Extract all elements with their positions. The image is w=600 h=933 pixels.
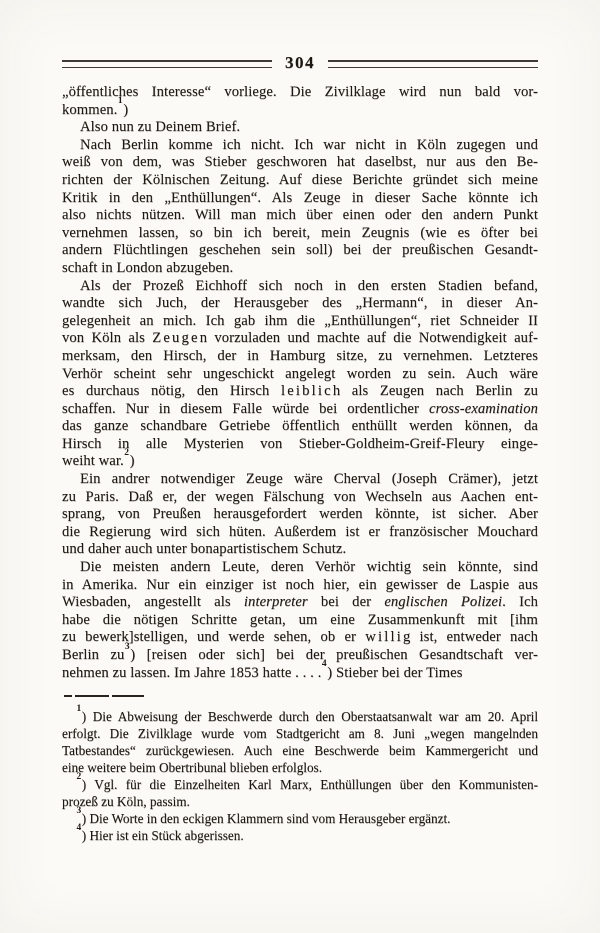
paragraph: Also nun zu Deinem Brief. <box>62 119 538 137</box>
text-line: Hirsch in alle Mysterien von Stieber-Gol… <box>62 436 538 454</box>
italic-word: englischen Polizei <box>384 594 502 610</box>
text-line: weiß von dem, was Stieber geschworen hat… <box>62 154 538 172</box>
text-segment: weiht war. <box>62 453 124 469</box>
text-line: schaft in London abzugeben. <box>62 260 538 278</box>
paragraph: Die meisten andern Leute, deren Verhör w… <box>62 559 538 682</box>
text-line: Also nun zu Deinem Brief. <box>62 119 538 137</box>
text-line: Die meisten andern Leute, deren Verhör w… <box>62 559 538 577</box>
text-segment: ) Die Abweisung der Beschwerde durch den… <box>82 709 538 724</box>
text-line: in Amerika. Nur ein einziger ist noch hi… <box>62 577 538 595</box>
text-segment: ) Die Worte in den eckigen Klammern sind… <box>82 811 451 826</box>
text-line: die Regierung wird sich hüten. Außerdem … <box>62 524 538 542</box>
text-line: zu bewerk]stelligen, und werde sehen, ob… <box>62 629 538 647</box>
letter-text: „öffentliches Interesse“ vorliege. Die Z… <box>62 84 538 682</box>
footnote: 3) Die Worte in den eckigen Klammern sin… <box>62 810 538 827</box>
footnote-ref-1: 1 <box>117 96 123 106</box>
footnote-line: 3) Die Worte in den eckigen Klammern sin… <box>62 810 538 827</box>
text-segment: es durchaus nötig, den Hirsch <box>62 383 281 399</box>
text-line: sprang, von Preußen herausgefordert werd… <box>62 506 538 524</box>
text-segment: von Köln als <box>62 330 152 346</box>
text-line: Wiesbaden, angestellt als interpreter be… <box>62 594 538 612</box>
text-segment: vorzuladen und machte auf die Notwendigk… <box>207 330 538 346</box>
footnote-line: eine weitere beim Obertribunal blieben e… <box>62 759 538 776</box>
text-segment: zu bewerk]stelligen, und werde sehen, ob… <box>62 629 365 645</box>
text-line: Ein andrer notwendiger Zeuge wäre Cherva… <box>62 471 538 489</box>
paragraph: „öffentliches Interesse“ vorliege. Die Z… <box>62 84 538 119</box>
footnote-marker-2: 2 <box>76 772 82 782</box>
footnote-marker-4: 4 <box>76 823 82 833</box>
text-line: kommen.1) <box>62 102 538 120</box>
paragraph: Nach Berlin komme ich nicht. Ich war nic… <box>62 137 538 278</box>
text-line: weiht war.2) <box>62 453 538 471</box>
header-rule-right <box>328 60 538 68</box>
text-segment: ist, entweder nach <box>410 629 538 645</box>
footnote: 2) Vgl. für die Einzelheiten Karl Marx, … <box>62 776 538 810</box>
footnote: 1) Die Abweisung der Beschwerde durch de… <box>62 708 538 776</box>
text-segment: kommen. <box>62 102 117 118</box>
footnote-line: Tatbestandes“ zurückgewiesen. Auch eine … <box>62 742 538 759</box>
footnotes: 1) Die Abweisung der Beschwerde durch de… <box>62 708 538 844</box>
text-segment: . Ich <box>502 594 538 610</box>
text-line: es durchaus nötig, den Hirsch leiblich a… <box>62 383 538 401</box>
footnote-separator <box>64 695 144 697</box>
italic-word: cross-examination <box>429 401 538 417</box>
footnote-ref-4: 4 <box>321 659 327 669</box>
text-segment: ) Stieber bei der Times <box>327 665 462 681</box>
text-line: Nach Berlin komme ich nicht. Ich war nic… <box>62 137 538 155</box>
text-line: „öffentliches Interesse“ vorliege. Die Z… <box>62 84 538 102</box>
text-line: andern Flüchtlingen geschehen sein soll)… <box>62 242 538 260</box>
text-line: wandte sich Juch, der Herausgeber des „H… <box>62 295 538 313</box>
text-line: von Köln als Zeugen vorzuladen und macht… <box>62 330 538 348</box>
footnote-line: 2) Vgl. für die Einzelheiten Karl Marx, … <box>62 776 538 793</box>
text-line: und daher auch unter bonapartistischem S… <box>62 541 538 559</box>
paragraph: Als der Prozeß Eichhoff sich noch in den… <box>62 278 538 472</box>
text-segment: Berlin zu <box>62 647 124 663</box>
footnote-ref-3: 3 <box>124 642 130 652</box>
text-line: Berlin zu3) [reisen oder sich] bei der p… <box>62 647 538 665</box>
text-segment: nehmen zu lassen. Im Jahre 1853 hatte . … <box>62 665 321 681</box>
text-line: Verhör scheint sehr ungeschickt angelegt… <box>62 366 538 384</box>
paragraph: Ein andrer notwendiger Zeuge wäre Cherva… <box>62 471 538 559</box>
footnote: 4) Hier ist ein Stück abgerissen. <box>62 827 538 844</box>
book-page: 304 „öffentliches Interesse“ vorliege. D… <box>0 0 600 933</box>
text-segment: ) Hier ist ein Stück abgerissen. <box>82 828 244 843</box>
text-line: Kritik in den „Enthüllungen“. Als Zeuge … <box>62 190 538 208</box>
text-segment: Wiesbaden, angestellt als <box>62 594 244 610</box>
footnote-line: prozeß zu Köln, passim. <box>62 793 538 810</box>
text-line: also nichts nützen. Will man mich über e… <box>62 207 538 225</box>
text-segment: als Zeugen nach Berlin zu <box>340 383 538 399</box>
footnote-line: erfolgt. Die Zivilklage wurde vom Stadtg… <box>62 725 538 742</box>
text-line: habe die nötigen Schritte getan, um eine… <box>62 612 538 630</box>
text-segment: ) <box>123 102 128 118</box>
footnote-marker-1: 1 <box>76 704 82 714</box>
footnote-line: 4) Hier ist ein Stück abgerissen. <box>62 827 538 844</box>
text-line: nehmen zu lassen. Im Jahre 1853 hatte . … <box>62 665 538 683</box>
page-header: 304 <box>0 0 600 72</box>
text-segment: schaffen. Nur in diesem Falle würde bei … <box>62 401 429 417</box>
header-rule-left <box>62 60 272 68</box>
text-line: zu Paris. Daß er, der wegen Fälschung vo… <box>62 489 538 507</box>
page-number: 304 <box>285 54 315 71</box>
text-segment: ) [reisen oder sich] bei der preußischen… <box>130 647 538 663</box>
text-line: richten der Kölnischen Zeitung. Auf dies… <box>62 172 538 190</box>
text-segment: bei der <box>308 594 385 610</box>
emphasized-word: willig <box>365 629 412 645</box>
text-segment: ) Vgl. für die Einzelheiten Karl Marx, E… <box>82 777 538 792</box>
text-line: gelegenheit an mich. Ich gab ihm die „En… <box>62 313 538 331</box>
text-line: das ganze schandbare Getriebe öffentlich… <box>62 418 538 436</box>
text-line: schaffen. Nur in diesem Falle würde bei … <box>62 401 538 419</box>
text-segment: ) <box>130 453 135 469</box>
footnote-ref-2: 2 <box>124 448 130 458</box>
text-line: merksam, den Hirsch, der in Hamburg sitz… <box>62 348 538 366</box>
footnote-line: 1) Die Abweisung der Beschwerde durch de… <box>62 708 538 725</box>
italic-word: interpreter <box>244 594 308 610</box>
text-line: vernehmen lassen, so bin ich bereit, mei… <box>62 225 538 243</box>
footnote-marker-3: 3 <box>76 806 82 816</box>
emphasized-word: Zeugen <box>152 330 209 346</box>
text-line: Als der Prozeß Eichhoff sich noch in den… <box>62 278 538 296</box>
emphasized-word: leiblich <box>281 383 342 399</box>
